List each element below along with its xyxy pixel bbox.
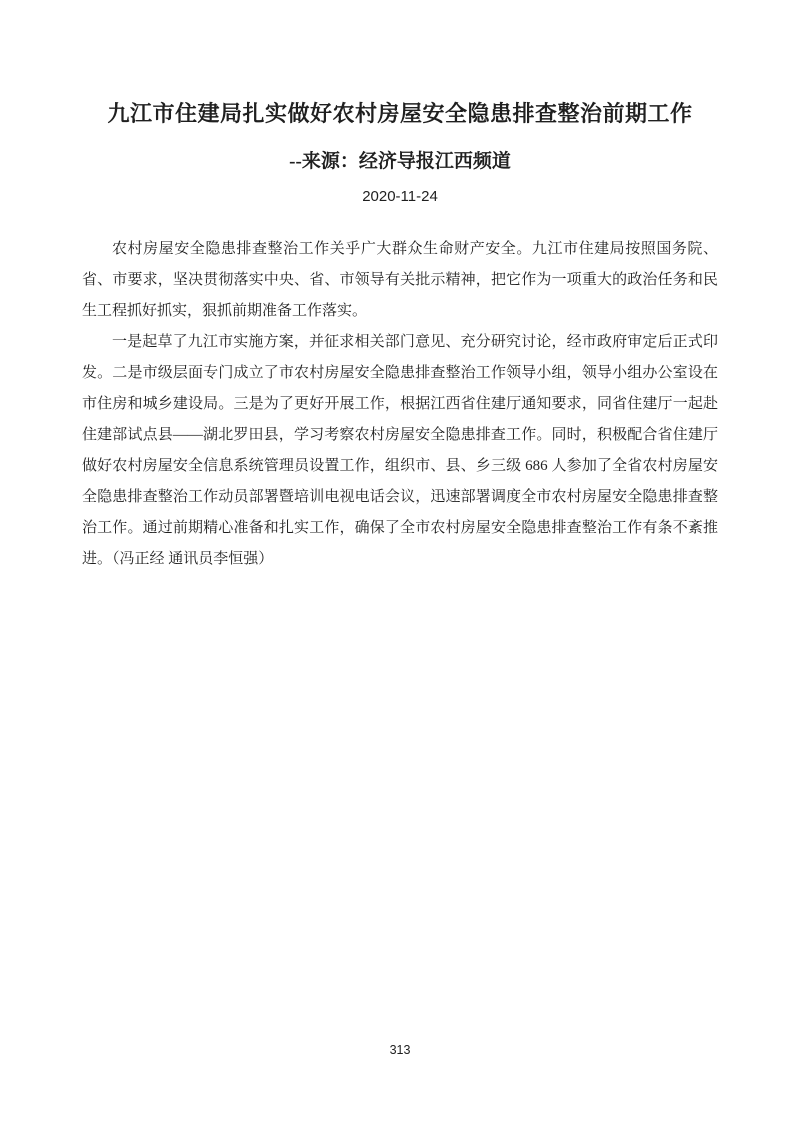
document-date: 2020-11-24 (0, 186, 800, 208)
page-number: 313 (0, 1043, 800, 1057)
document-source-line: --来源：经济导报江西频道 (0, 148, 800, 176)
document-title: 九江市住建局扎实做好农村房屋安全隐患排查整治前期工作 (0, 0, 800, 130)
body-paragraph: 一是起草了九江市实施方案，并征求相关部门意见、充分研究讨论，经市政府审定后正式印… (82, 327, 718, 575)
document-body: 农村房屋安全隐患排查整治工作关乎广大群众生命财产安全。九江市住建局按照国务院、省… (82, 234, 718, 575)
body-paragraph: 农村房屋安全隐患排查整治工作关乎广大群众生命财产安全。九江市住建局按照国务院、省… (82, 234, 718, 327)
document-page: 九江市住建局扎实做好农村房屋安全隐患排查整治前期工作 --来源：经济导报江西频道… (0, 0, 800, 1131)
